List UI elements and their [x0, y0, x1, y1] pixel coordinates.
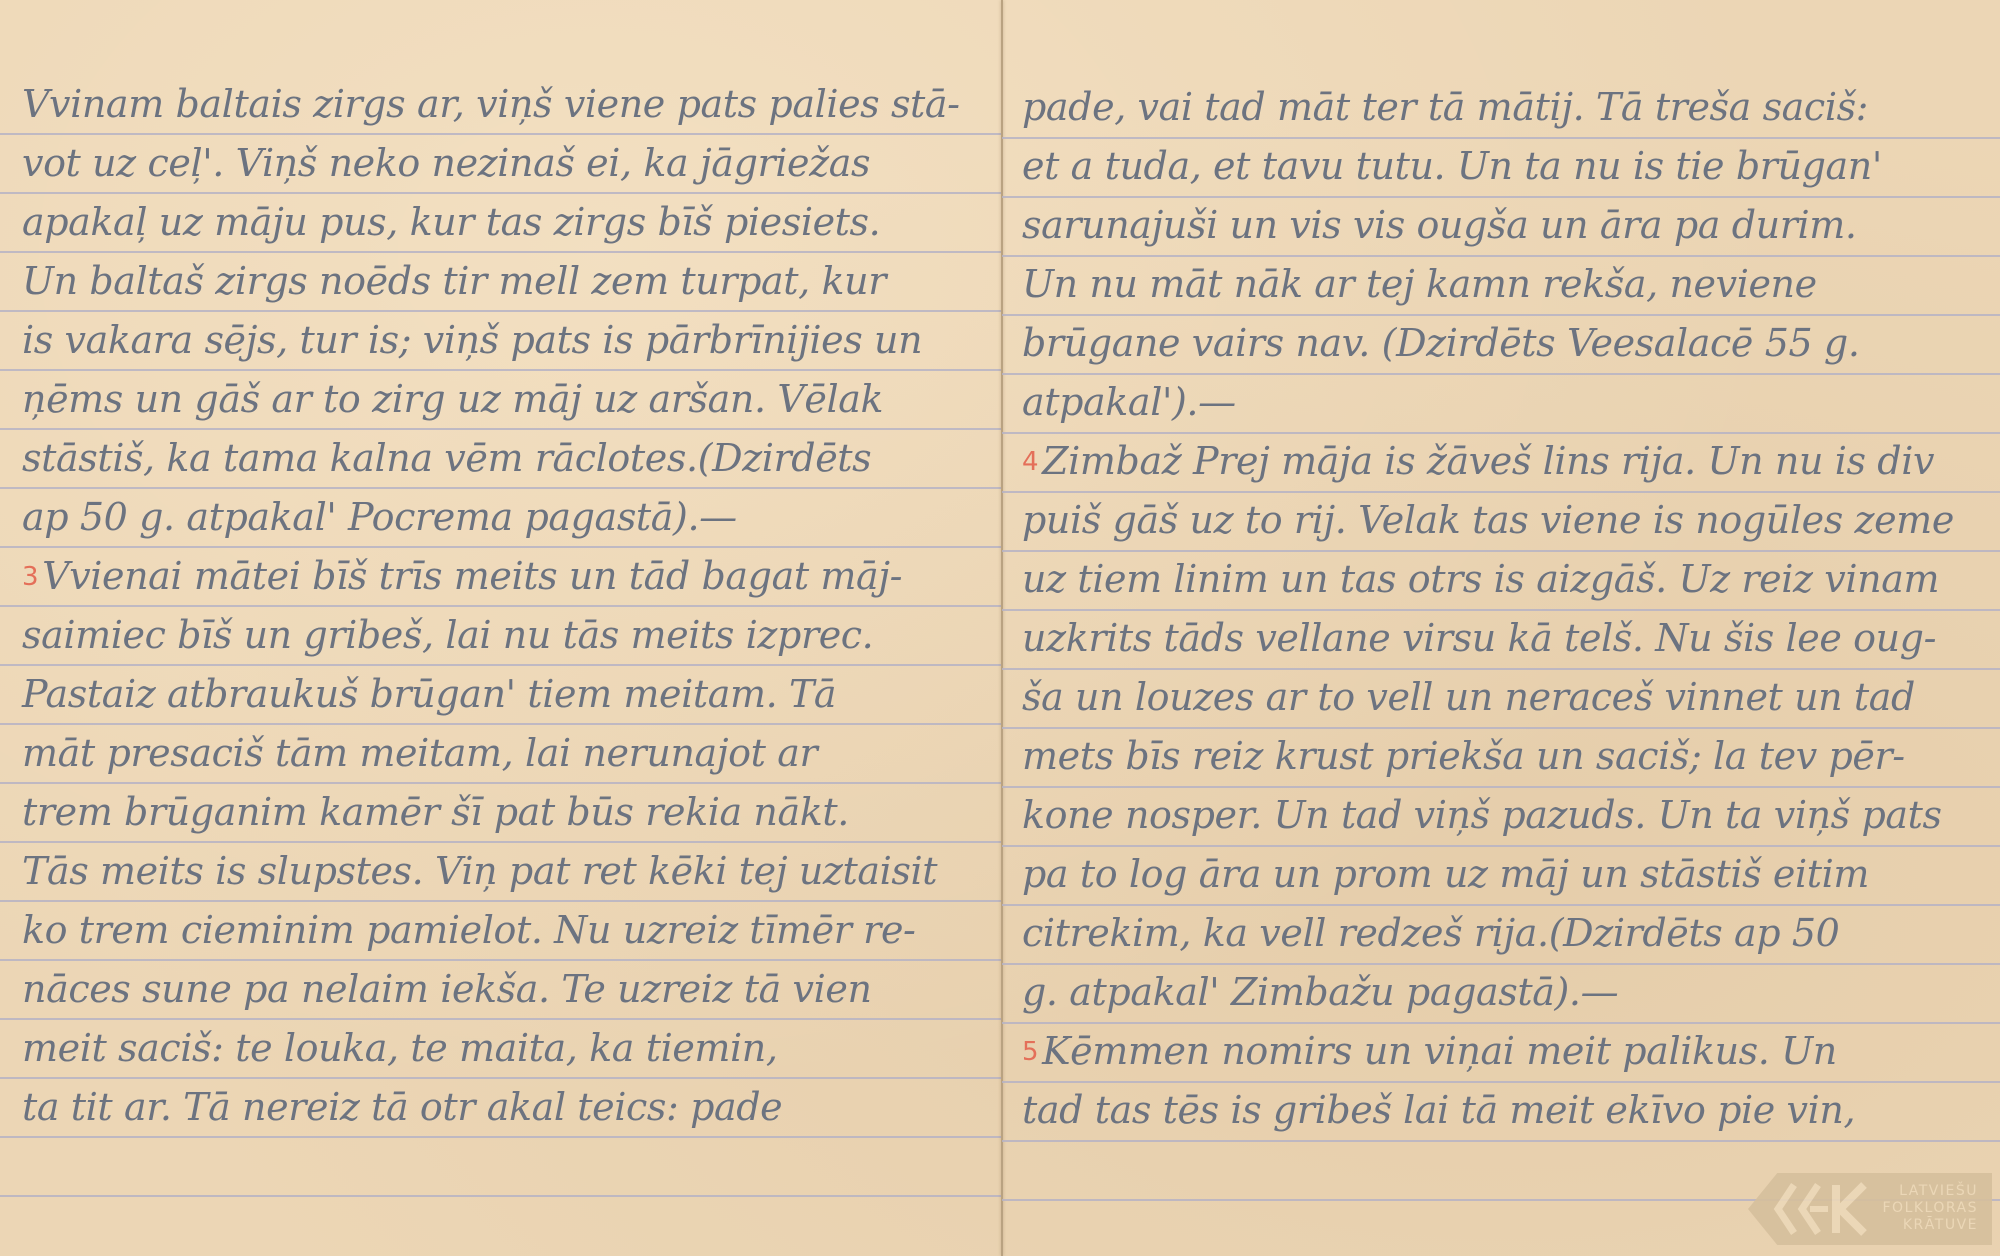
manuscript-line-text: Kēmmen nomirs un viņai meit palikus. Un [1042, 1029, 1837, 1073]
manuscript-line: tad tas tēs is gribeš lai tā meit ekīvo … [1022, 1081, 1990, 1139]
archive-name-line: LATVIEŠU [1878, 1183, 1978, 1200]
manuscript-line: et a tuda, et tavu tutu. Un ta nu is tie… [1022, 137, 1990, 195]
manuscript-line: sarunajuši un vis vis ougša un āra pa du… [1022, 196, 1990, 254]
manuscript-line: atpakal').— [1022, 373, 1990, 431]
manuscript-line-text: Zimbaž Prej māja is žāveš lins rija. Un … [1042, 439, 1934, 483]
manuscript-line: ta tit ar. Tā nereiz tā otr akal teics: … [22, 1078, 992, 1136]
manuscript-line: ņēms un gāš ar to zirg uz māj uz aršan. … [22, 370, 992, 428]
manuscript-line: Un baltaš zirgs noēds tir mell zem turpa… [22, 252, 992, 310]
archive-name-line: FOLKLORAS [1878, 1200, 1978, 1217]
manuscript-line: kone nosper. Un tad viņš pazuds. Un ta v… [1022, 786, 1990, 844]
manuscript-line-numbered: 3Vvienai mātei bīš trīs meits un tād bag… [22, 547, 992, 605]
manuscript-line-text: Vvienai mātei bīš trīs meits un tād baga… [42, 554, 902, 598]
lfk-logo-icon [1772, 1179, 1872, 1239]
manuscript-line: puiš gāš uz to rij. Velak tas viene is n… [1022, 491, 1990, 549]
notebook-spread: Vvinam baltais zirgs ar, viņš viene pats… [0, 0, 2000, 1256]
manuscript-line: pade, vai tad māt ter tā mātij. Tā treša… [1022, 78, 1990, 136]
archive-name-line: KRĀTUVE [1878, 1217, 1978, 1234]
manuscript-line: is vakara sējs, tur is; viņš pats is pār… [22, 311, 992, 369]
manuscript-line: mets bīs reiz krust priekša un saciš; la… [1022, 727, 1990, 785]
manuscript-line: meit saciš: te louka, te maita, ka tiemi… [22, 1019, 992, 1077]
manuscript-line: brūgane vairs nav. (Dzirdēts Veesalacē 5… [1022, 314, 1990, 372]
manuscript-line: pa to log āra un prom uz māj un stāstiš … [1022, 845, 1990, 903]
manuscript-line: māt presaciš tām meitam, lai nerunajot a… [22, 724, 992, 782]
manuscript-line: ap 50 g. atpakal' Pocrema pagastā).— [22, 488, 992, 546]
manuscript-line: stāstiš, ka tama kalna vēm rāclotes.(Dzi… [22, 429, 992, 487]
story-number: 5 [1022, 1037, 1038, 1067]
manuscript-line: vot uz ceļ'. Viņš neko nezinaš ei, ka jā… [22, 134, 992, 192]
manuscript-line: uzkrits tāds vellane virsu kā telš. Nu š… [1022, 609, 1990, 667]
rule-line [0, 1136, 1002, 1138]
manuscript-line: citrekim, ka vell redzeš rija.(Dzirdēts … [1022, 904, 1990, 962]
rule-line [0, 1195, 1002, 1197]
manuscript-line: ša un louzes ar to vell un neraceš vinne… [1022, 668, 1990, 726]
manuscript-line-numbered: 5Kēmmen nomirs un viņai meit palikus. Un [1022, 1022, 1990, 1080]
manuscript-line: ko trem cieminim pamielot. Nu uzreiz tīm… [22, 901, 992, 959]
manuscript-line: apakaļ uz māju pus, kur tas zirgs bīš pi… [22, 193, 992, 251]
archive-name: LATVIEŠU FOLKLORAS KRĀTUVE [1878, 1183, 1978, 1234]
manuscript-line: trem brūganim kamēr šī pat būs rekia nāk… [22, 783, 992, 841]
right-page: pade, vai tad māt ter tā mātij. Tā treša… [1002, 0, 2000, 1256]
manuscript-line: nāces sune pa nelaim iekša. Te uzreiz tā… [22, 960, 992, 1018]
manuscript-line: uz tiem linim un tas otrs is aizgāš. Uz … [1022, 550, 1990, 608]
manuscript-line: saimiec bīš un gribeš, lai nu tās meits … [22, 606, 992, 664]
story-number: 4 [1022, 447, 1038, 477]
manuscript-line-numbered: 4Zimbaž Prej māja is žāveš lins rija. Un… [1022, 432, 1990, 490]
archive-watermark-logo: LATVIEŠU FOLKLORAS KRĀTUVE [1748, 1173, 1992, 1245]
manuscript-line: Un nu māt nāk ar tej kamn rekša, neviene [1022, 255, 1990, 313]
manuscript-line: Pastaiz atbraukuš brūgan' tiem meitam. T… [22, 665, 992, 723]
story-number: 3 [22, 562, 38, 592]
left-page: Vvinam baltais zirgs ar, viņš viene pats… [0, 0, 1002, 1256]
manuscript-line: Vvinam baltais zirgs ar, viņš viene pats… [22, 75, 992, 133]
rule-line [1002, 1140, 2000, 1142]
manuscript-line: g. atpakal' Zimbažu pagastā).— [1022, 963, 1990, 1021]
manuscript-line: Tās meits is slupstes. Viņ pat ret kēki … [22, 842, 992, 900]
